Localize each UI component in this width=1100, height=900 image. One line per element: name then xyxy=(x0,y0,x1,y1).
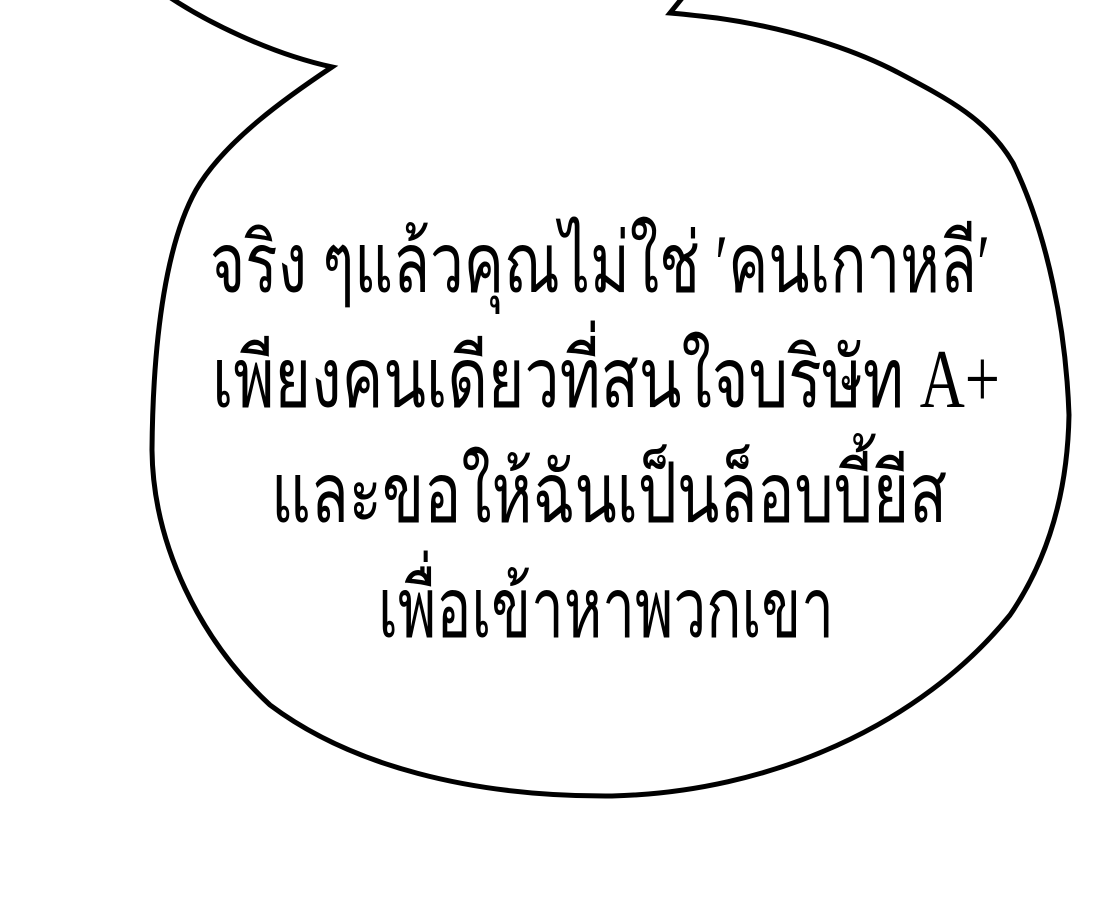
speech-text-line-1: จริง ๆแล้วคุณไม่ใช่ ′คนเกาหลี′ xyxy=(210,217,990,315)
speech-bubble-canvas: จริง ๆแล้วคุณไม่ใช่ ′คนเกาหลี′ เพียงคนเด… xyxy=(0,0,1100,900)
speech-text-line-4: เพื่อเข้าหาพวกเขา xyxy=(378,550,834,656)
speech-text-line-2: เพียงคนเดียวที่สนใจบริษัท A+ xyxy=(212,320,1000,426)
comic-panel: จริง ๆแล้วคุณไม่ใช่ ′คนเกาหลี′ เพียงคนเด… xyxy=(0,0,1100,900)
speech-text-line-3: และขอให้ฉันเป็นล็อบบี้ยีส xyxy=(271,433,947,541)
